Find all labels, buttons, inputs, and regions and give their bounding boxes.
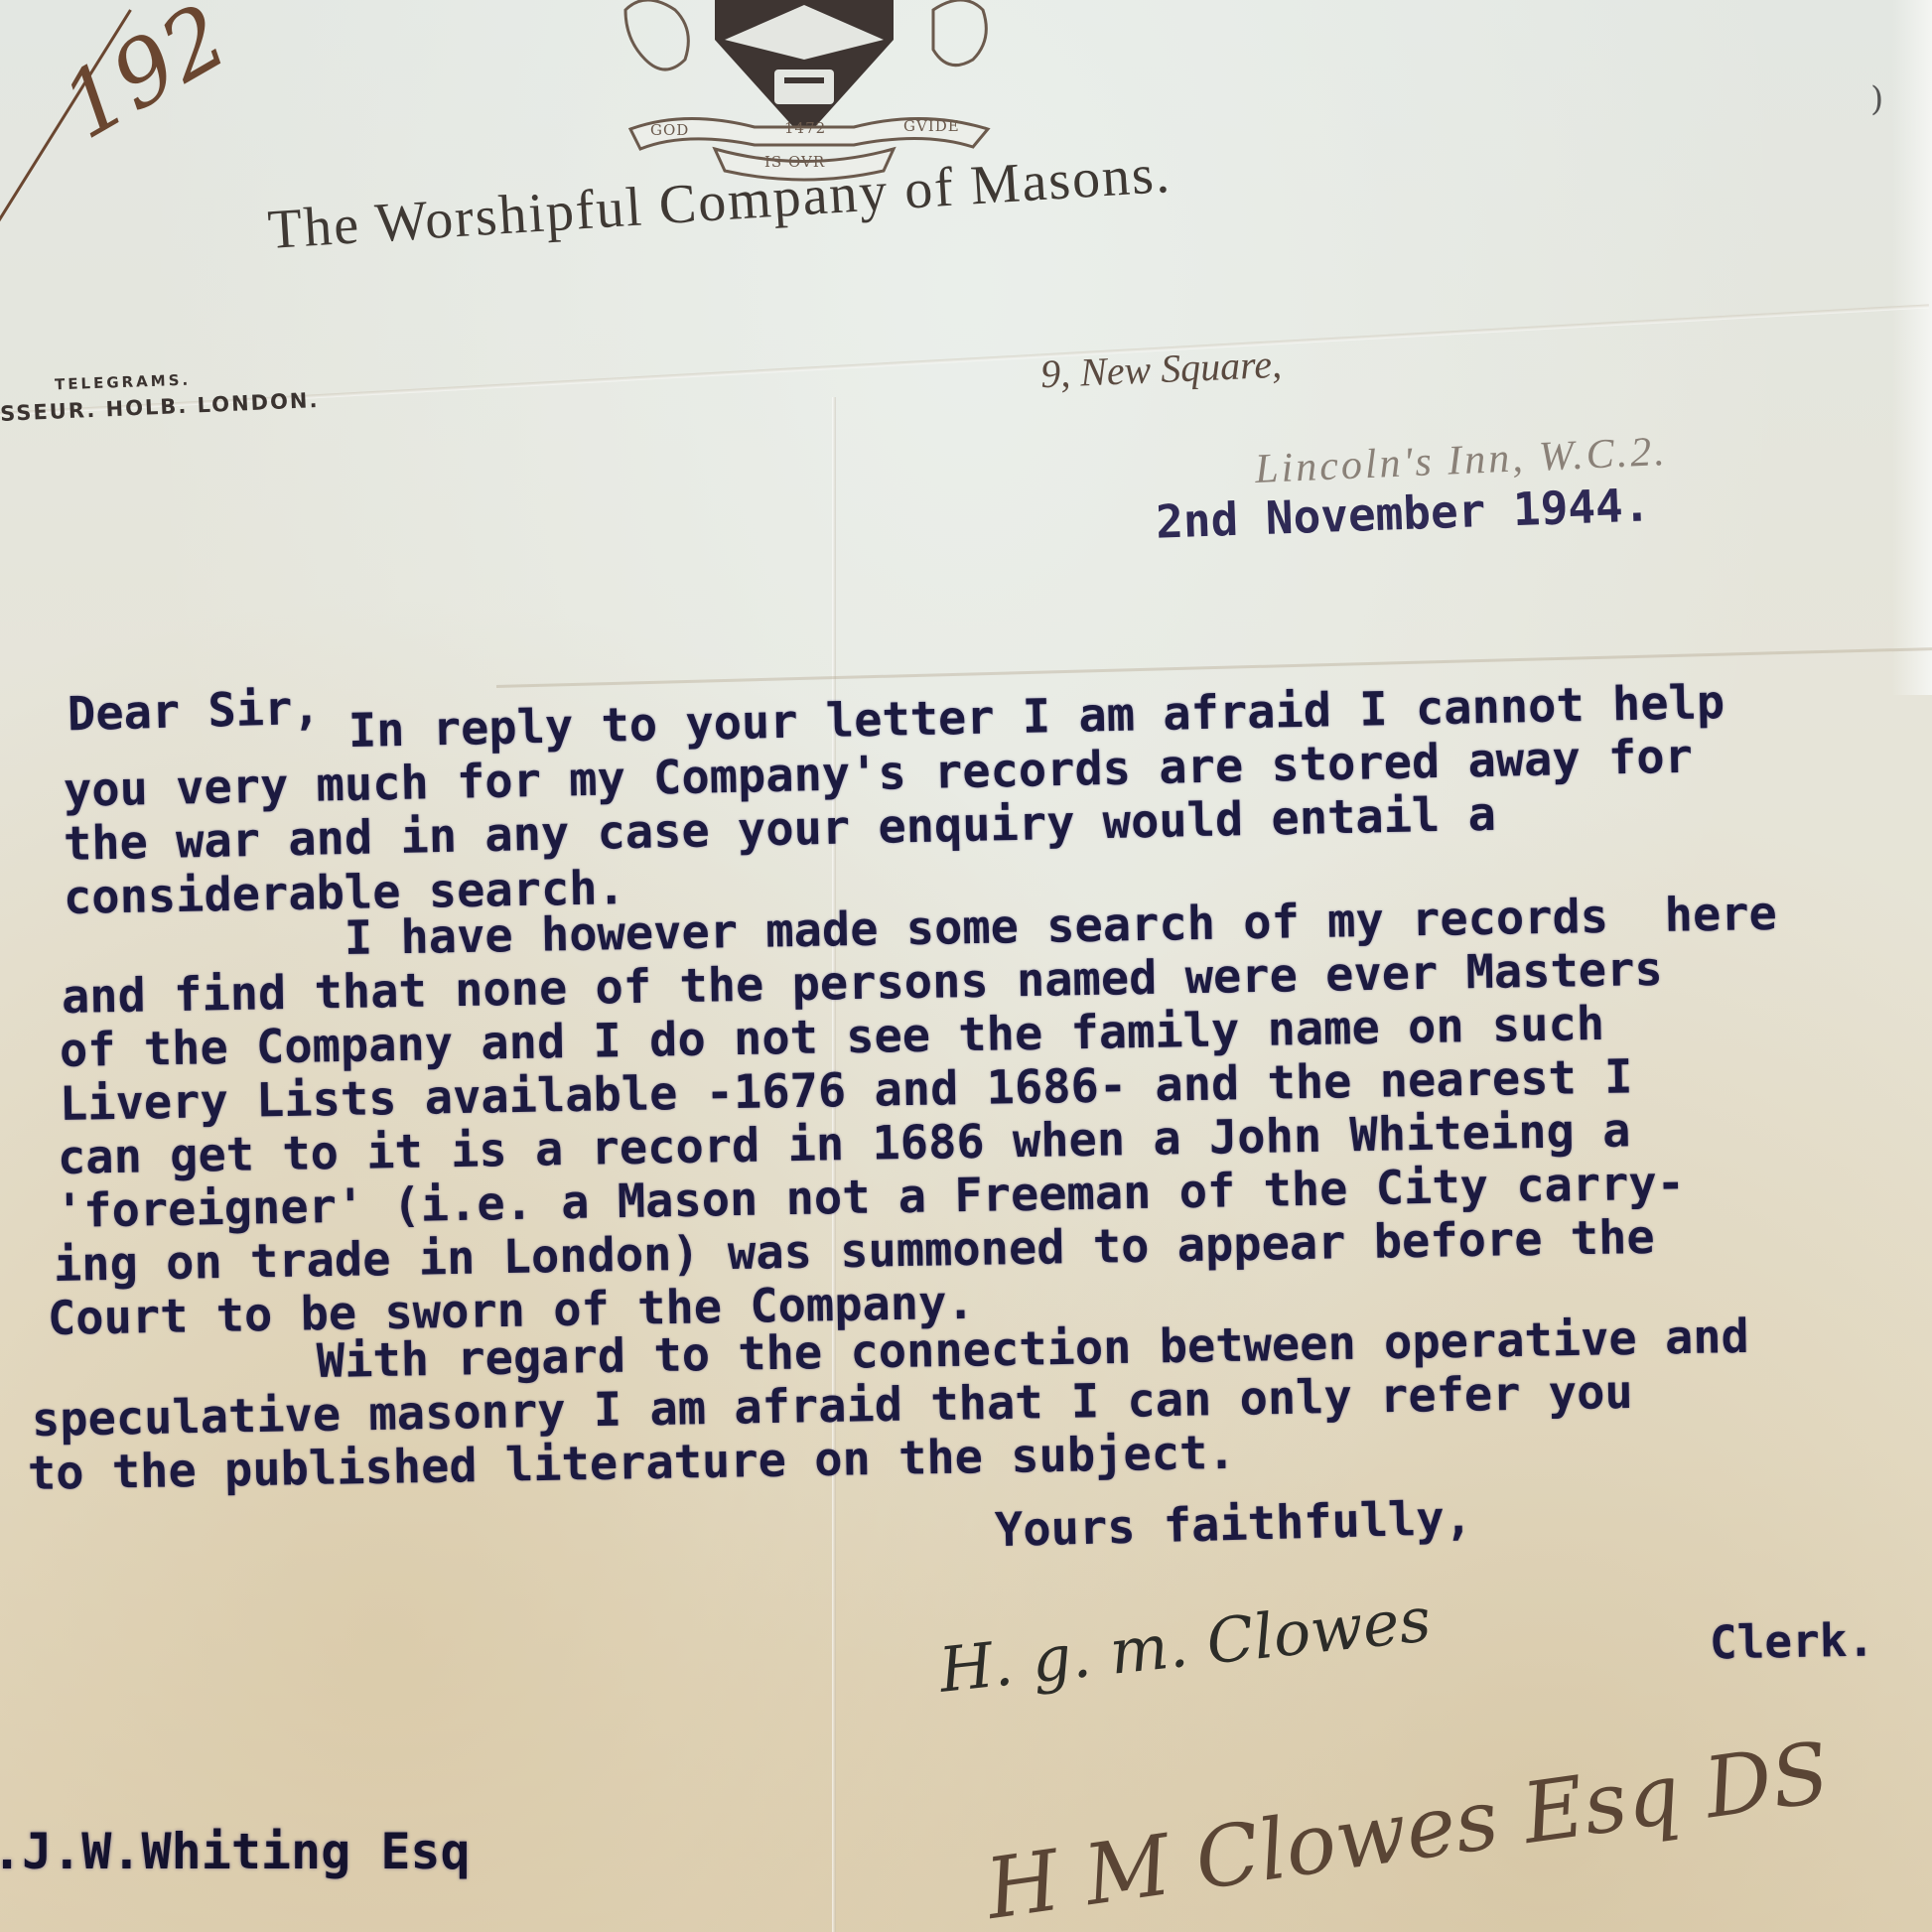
letter-date: 2nd November 1944.	[1155, 478, 1651, 548]
street-address: 9, New Square,	[1039, 341, 1283, 398]
crest-motto-right: GVIDE	[903, 117, 960, 135]
paper-edge-highlight	[1892, 0, 1932, 695]
handwritten-annotation: 192	[45, 0, 244, 160]
edge-mark: )	[1870, 79, 1883, 119]
telegrams-address: SSEUR. HOLB. LONDON.	[0, 388, 320, 426]
telegrams-label: TELEGRAMS.	[55, 371, 192, 394]
crest-motto-center: 1472	[784, 119, 826, 137]
handwritten-footer-note: H M Clowes Esq DS	[980, 1724, 1835, 1932]
recipient-name: .J.W.Whiting Esq	[0, 1823, 471, 1880]
handwritten-signature: H. g. m. Clowes	[936, 1583, 1435, 1707]
letter-page: 192 ) GOD 1472 GVIDE IS OVR The Worshipf…	[0, 0, 1932, 1932]
closing-salutation: Yours faithfully,	[994, 1491, 1472, 1559]
signatory-title: Clerk.	[1710, 1613, 1875, 1670]
crest-motto-left: GOD	[650, 121, 689, 139]
